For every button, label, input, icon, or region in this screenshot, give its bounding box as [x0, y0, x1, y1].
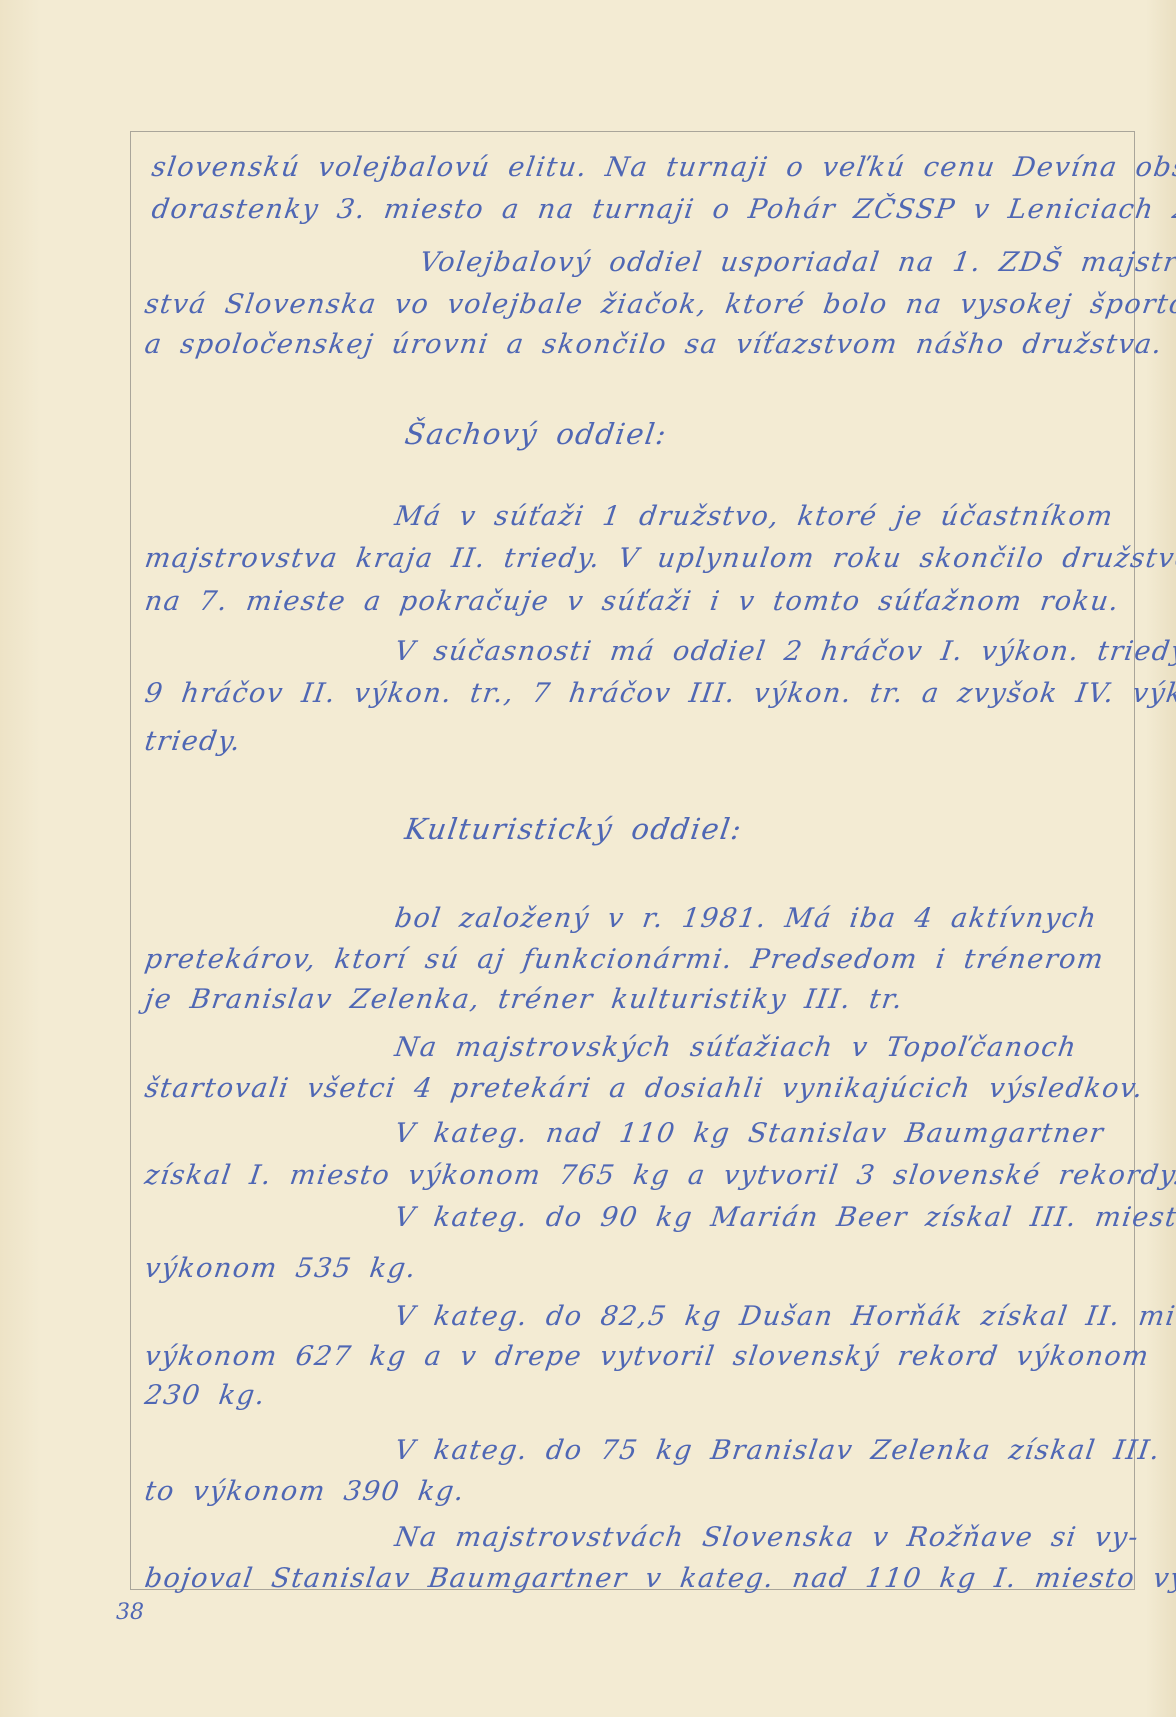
text-line: V kateg. nad 110 kg Stanislav Baumgartne… — [393, 1120, 1106, 1147]
text-line: to výkonom 390 kg. — [143, 1478, 467, 1505]
text-line: pretekárov, ktorí sú aj funkcionármi. Pr… — [143, 946, 1106, 973]
text-line: štartovali všetci 4 pretekári a dosiahli… — [143, 1075, 1146, 1102]
text-line: Volejbalový oddiel usporiadal na 1. ZDŠ … — [418, 249, 1176, 276]
text-line: V kateg. do 82,5 kg Dušan Horňák získal … — [393, 1303, 1176, 1330]
text-line: Má v súťaži 1 družstvo, ktoré je účastní… — [393, 503, 1115, 530]
text-line: bol založený v r. 1981. Má iba 4 aktívny… — [393, 905, 1099, 932]
text-line: na 7. mieste a pokračuje v súťaži i v to… — [143, 588, 1121, 615]
section-heading-chess: Šachový oddiel: — [403, 420, 669, 449]
text-line: stvá Slovenska vo volejbale žiačok, ktor… — [143, 291, 1176, 318]
text-line: triedy. — [143, 728, 243, 755]
text-line: V súčasnosti má oddiel 2 hráčov I. výkon… — [393, 638, 1176, 665]
text-line: dorastenky 3. miesto a na turnaji o Pohá… — [150, 196, 1176, 223]
text-line: Na majstrovských súťažiach v Topoľčanoch — [393, 1034, 1079, 1061]
text-line: 230 kg. — [143, 1382, 268, 1409]
text-line: 9 hráčov II. výkon. tr., 7 hráčov III. v… — [143, 680, 1176, 707]
text-line: výkonom 535 kg. — [143, 1255, 419, 1282]
text-line: slovenskú volejbalovú elitu. Na turnaji … — [150, 154, 1176, 181]
text-line: bojoval Stanislav Baumgartner v kateg. n… — [143, 1565, 1176, 1592]
text-line: získal I. miesto výkonom 765 kg a vytvor… — [143, 1162, 1176, 1189]
text-line: výkonom 627 kg a v drepe vytvoril sloven… — [143, 1343, 1151, 1370]
section-heading-bodybuilding: Kulturistický oddiel: — [403, 815, 744, 844]
text-line: a spoločenskej úrovni a skončilo sa víťa… — [143, 331, 1165, 358]
text-line: V kateg. do 90 kg Marián Beer získal III… — [393, 1204, 1176, 1231]
text-line: Na majstrovstvách Slovenska v Rožňave si… — [393, 1524, 1141, 1551]
text-line: V kateg. do 75 kg Branislav Zelenka získ… — [393, 1437, 1176, 1464]
text-line: majstrovstva kraja II. triedy. V uplynul… — [143, 545, 1176, 572]
page-number: 38 — [116, 1600, 144, 1625]
text-line: je Branislav Zelenka, tréner kulturistik… — [143, 986, 905, 1013]
